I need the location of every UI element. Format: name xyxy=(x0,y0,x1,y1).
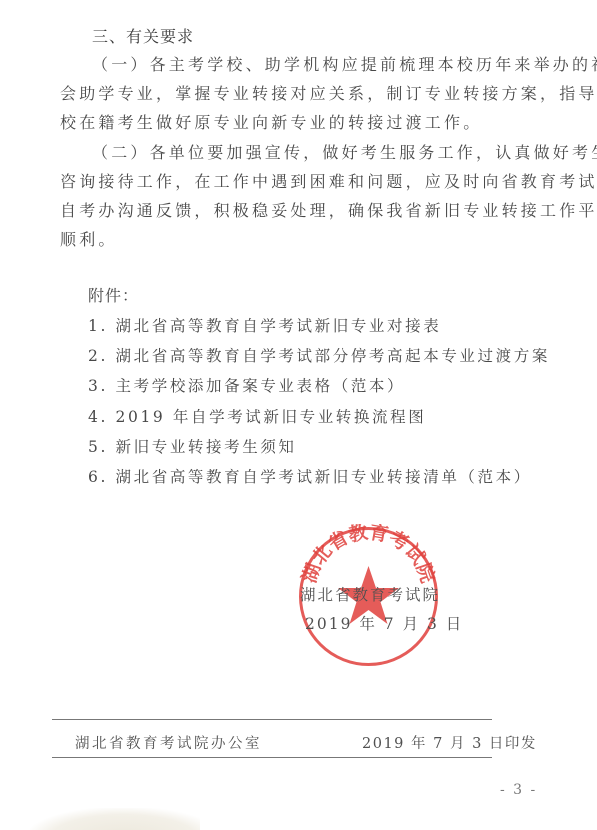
page-number: - 3 - xyxy=(500,782,537,798)
paragraph-2-line-2: 咨询接待工作，在工作中遇到困难和问题，应及时向省教育考试院 xyxy=(60,172,597,192)
footer-bottom-rule xyxy=(52,757,492,758)
attachment-item-5: 5. 新旧专业转接考生须知 xyxy=(88,437,297,457)
scan-shadow xyxy=(30,808,200,830)
signature-organization: 湖北省教育考试院 xyxy=(300,583,440,605)
paragraph-2-line-3: 自考办沟通反馈，积极稳妥处理，确保我省新旧专业转接工作平稳 xyxy=(60,201,597,221)
paragraph-1-line-2: 会助学专业，掌握专业转接对应关系，制订专业转接方案，指导本 xyxy=(60,84,597,104)
document-page: 三、有关要求 （一）各主考学校、助学机构应提前梳理本校历年来举办的社 会助学专业… xyxy=(0,0,597,830)
paragraph-1-line-3: 校在籍考生做好原专业向新专业的转接过渡工作。 xyxy=(60,113,482,133)
attachment-item-6: 6. 湖北省高等教育自学考试新旧专业转接清单（范本） xyxy=(88,467,532,487)
attachments-title: 附件： xyxy=(88,286,139,306)
attachment-item-4: 4. 2019 年自学考试新旧专业转换流程图 xyxy=(88,407,426,427)
paragraph-2-line-1: （二）各单位要加强宣传，做好考生服务工作，认真做好考生 xyxy=(92,143,597,163)
paragraph-2-line-4: 顺利。 xyxy=(60,230,118,250)
attachment-item-1: 1. 湖北省高等教育自学考试新旧专业对接表 xyxy=(88,316,441,336)
footer-top-rule xyxy=(52,719,492,720)
signature-date: 2019 年 7 月 3 日 xyxy=(305,612,463,634)
footer-issuer: 湖北省教育考试院办公室 xyxy=(75,732,262,753)
attachment-item-2: 2. 湖北省高等教育自学考试部分停考高起本专业过渡方案 xyxy=(88,346,550,366)
section-heading: 三、有关要求 xyxy=(92,27,194,47)
footer-issue-date: 2019 年 7 月 3 日印发 xyxy=(362,732,537,753)
attachment-item-3: 3. 主考学校添加备案专业表格（范本） xyxy=(88,376,405,396)
paragraph-1-line-1: （一）各主考学校、助学机构应提前梳理本校历年来举办的社 xyxy=(92,55,597,75)
